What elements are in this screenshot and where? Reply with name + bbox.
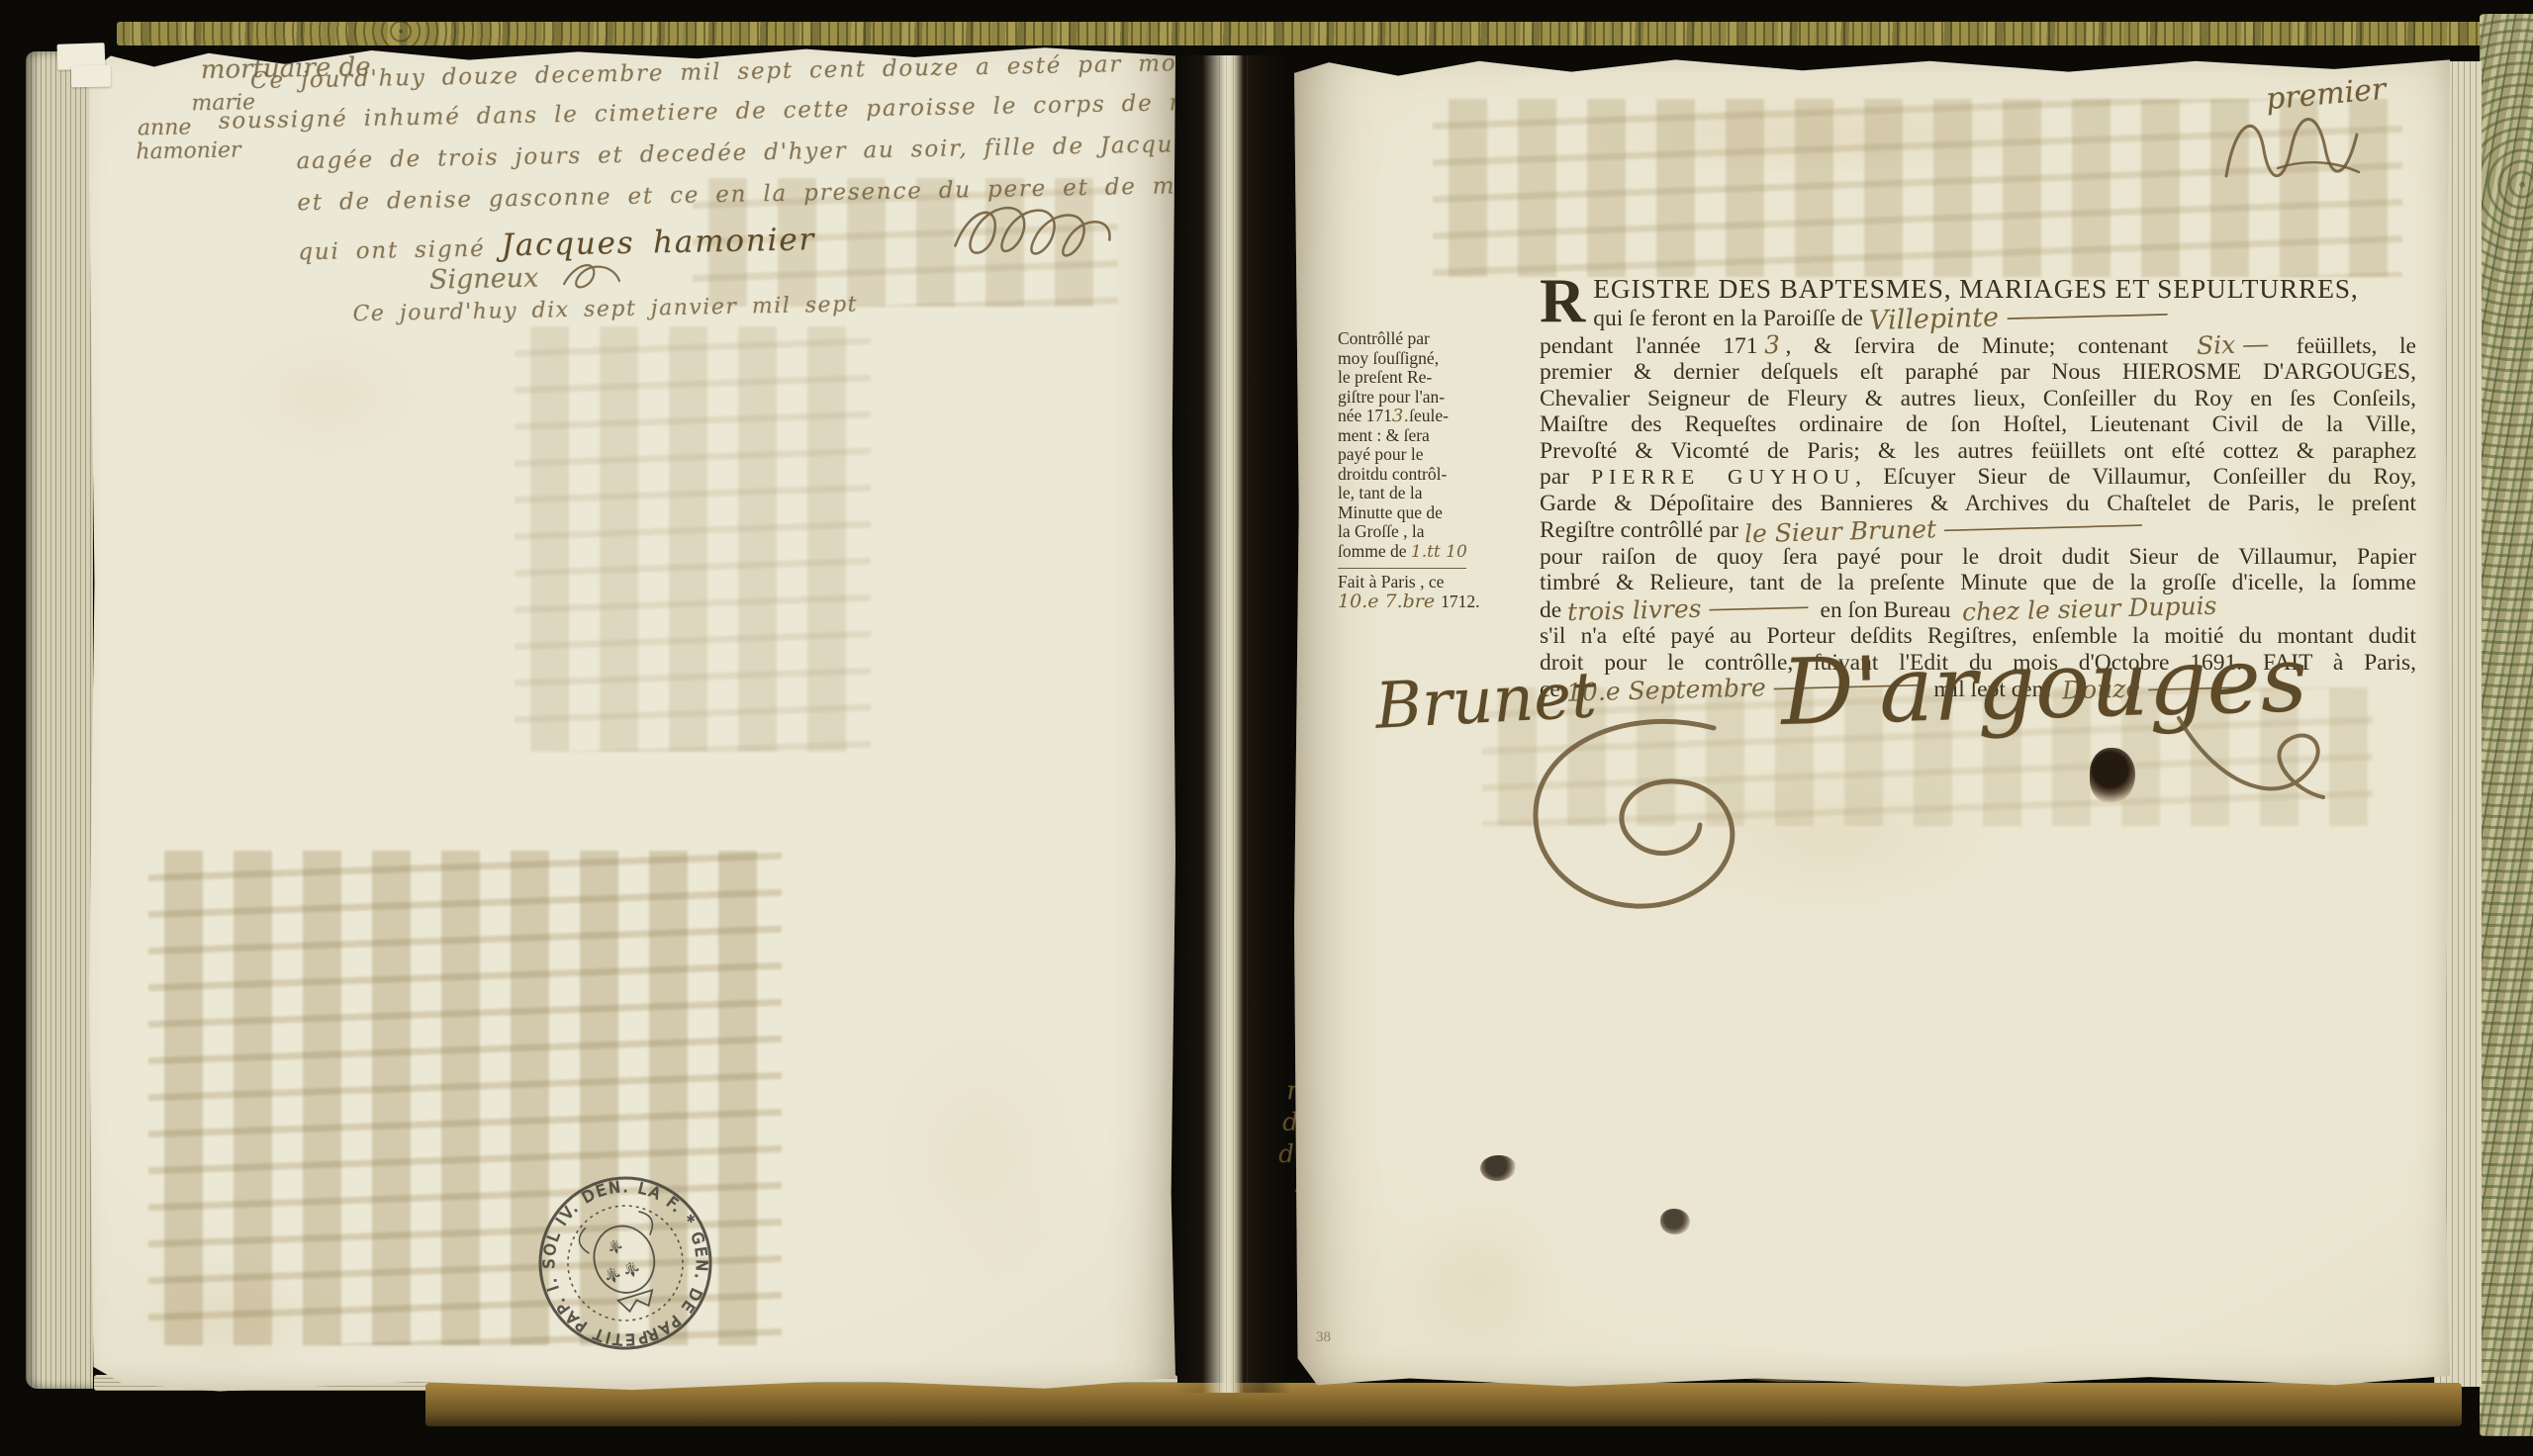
margin-note: anne xyxy=(138,115,192,140)
title-wrap: R EGISTRE DES BAPTESMES, MARIAGES ET SEP… xyxy=(1540,273,2416,332)
manuscript-controller-name: le Sieur Brunet ―――――――― xyxy=(1744,511,2143,548)
printed-line: pendant l'année 1713, & ſervira de Minut… xyxy=(1540,332,2416,360)
margin-note-line: giſtre pour l'an- xyxy=(1338,388,1488,408)
crown-icon xyxy=(618,1290,657,1314)
printed-line: qui ſe feront en la Paroiſſe deVillepint… xyxy=(1540,305,2416,332)
manuscript-bureau-note: chez le sieur Dupuis xyxy=(1962,592,2217,625)
printed-line: Maiſtre des Requeſtes ordinaire de ſon H… xyxy=(1540,411,2416,438)
margin-note-line: ment : & ſera xyxy=(1338,426,1488,446)
margin-note-line: le, tant de la xyxy=(1338,484,1488,503)
book-gutter xyxy=(1173,55,1290,1393)
page-stack-edge-left xyxy=(26,51,93,1389)
paper-stain xyxy=(1472,74,2165,193)
margin-note-line: le preſent Re- xyxy=(1338,368,1488,388)
margin-note-line: née 1713.ſeule- xyxy=(1338,407,1488,426)
burial-entry-line: qui ont signé Jacques hamonier xyxy=(298,222,815,267)
printed-line: Regiſtre contrôllé parle Sieur Brunet ――… xyxy=(1540,516,2416,544)
margin-note-line: moy ſouſſigné, xyxy=(1338,349,1488,369)
marbled-endpaper-right xyxy=(2480,14,2533,1436)
signature-brunet: Brunet xyxy=(1373,659,1598,744)
printed-name-guyhou: PIERRE GUYHOU xyxy=(1591,465,1855,489)
margin-note-line: payé pour le xyxy=(1338,445,1488,465)
ink-blot xyxy=(1660,1209,1690,1234)
signature-signeux: Signeux xyxy=(429,263,539,296)
fleur-de-lis-icon: ⚜ xyxy=(604,1232,627,1260)
drop-cap: R xyxy=(1540,273,1593,326)
burial-entry-line: aagée de trois jours et decedée d'hyer a… xyxy=(296,129,1329,174)
paper-stain xyxy=(1581,727,2076,945)
printed-line: timbré & Relieure, tant de la preſente M… xyxy=(1540,570,2416,596)
signature-dargouges: D'argouges xyxy=(1780,626,2309,746)
printed-line: Garde & Dépoſitaire des Bannieres & Arch… xyxy=(1540,491,2416,517)
margin-note: hamonier xyxy=(136,137,241,164)
marbled-book-edge-top xyxy=(117,22,2484,45)
margin-rule xyxy=(1338,568,1466,569)
signature-jacques-hamonier: Jacques hamonier xyxy=(501,222,815,263)
printed-line: Chevalier Seigneur de Fleury & autres li… xyxy=(1540,386,2416,412)
margin-note-line: Contrôllé par xyxy=(1338,329,1488,349)
ink-blot xyxy=(1480,1155,1516,1181)
burial-entry-line: soussigné inhumé dans le cimetiere de ce… xyxy=(219,87,1325,134)
margin-note-line: ſomme de 1.tt 10 xyxy=(1338,542,1488,563)
paper-stain xyxy=(1363,1162,1601,1400)
margin-note-line: 10.e 7.bre 1712. xyxy=(1338,592,1488,612)
printed-line: par PIERRE GUYHOU, Eſcuyer Sieur de Vill… xyxy=(1540,464,2416,491)
manuscript-sum-words: trois livres ―――― xyxy=(1567,592,1809,625)
margin-note-line: droitdu contrôl- xyxy=(1338,465,1488,485)
bleed-through-text xyxy=(1433,99,2402,277)
left-page: mortuaire de marie anne hamonier Ce jour… xyxy=(89,40,1175,1397)
book-scan-photo: mortuaire de marie anne hamonier Ce jour… xyxy=(0,0,2533,1456)
manuscript-year-digit: 3. xyxy=(1392,406,1409,426)
manuscript-folio-count: Six ― xyxy=(2197,331,2269,359)
manuscript-year-digit: 3 xyxy=(1763,331,1780,358)
burial-entry-line: et de denise gasconne et ce en la presen… xyxy=(297,169,1388,216)
burial-entry-line: Ce jourd'huy dix sept janvier mil sept xyxy=(352,292,858,326)
corner-annotation-premier: premier xyxy=(2265,72,2388,117)
printed-line: premier & dernier deſquels eſt paraphé p… xyxy=(1540,359,2416,386)
printed-margin-note: Contrôllé par moy ſouſſigné, le preſent … xyxy=(1338,329,1488,611)
ink-blot xyxy=(2090,748,2135,803)
entry-text: qui ont signé xyxy=(298,236,486,266)
manuscript-sum: 1.tt 10 xyxy=(1411,542,1467,562)
book-board-edge-bottom xyxy=(425,1383,2462,1426)
printed-line: Prevoſté & Vicomté de Paris; & les autre… xyxy=(1540,438,2416,465)
burial-entry-line: Ce jourd'huy douze decembre mil sept cen… xyxy=(250,48,1298,94)
manuscript-date: 10.e 7.bre xyxy=(1338,591,1441,612)
page-number: 38 xyxy=(1316,1329,1331,1346)
leaf-corner xyxy=(71,65,111,88)
printed-line: pour raiſon de quoy ſera payé pour le dr… xyxy=(1540,544,2416,571)
printed-title: EGISTRE DES BAPTESMES, MARIAGES ET SEPUL… xyxy=(1540,273,2416,305)
printed-line: detrois livres ―――― en ſon Bureau chez l… xyxy=(1540,596,2416,624)
margin-note-line: Minutte que de xyxy=(1338,503,1488,523)
manuscript-parish-name: Villepinte ―――――― xyxy=(1869,301,2168,334)
margin-note-line: la Groſſe , la xyxy=(1338,522,1488,542)
